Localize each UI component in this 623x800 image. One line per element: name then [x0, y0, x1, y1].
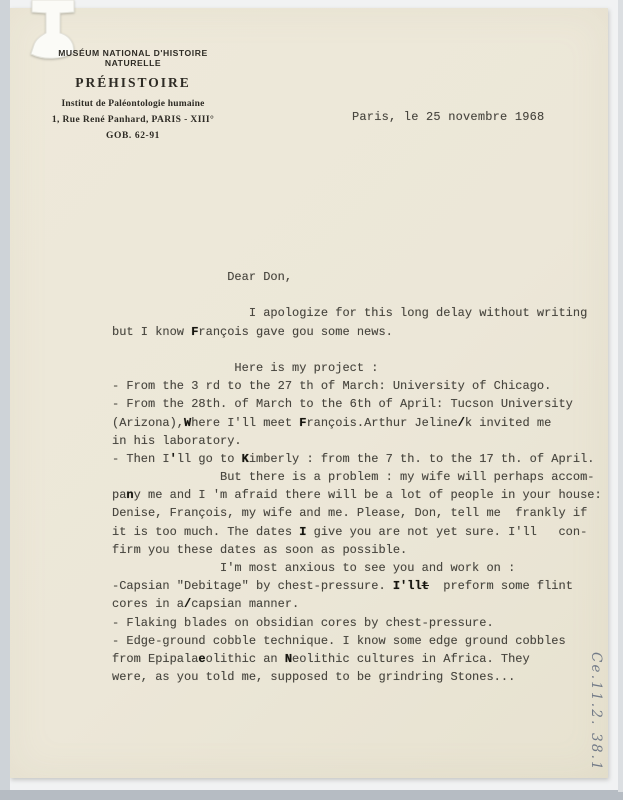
letter-line: firm you these dates as soon as possible… — [112, 541, 602, 559]
letterhead-institution: MUSÉUM NATIONAL D'HISTOIRE NATURELLE — [40, 48, 226, 68]
letter-line: in his laboratory. — [112, 432, 602, 450]
letterhead-department: PRÉHISTOIRE — [40, 75, 226, 91]
letter-line: - Then I'll go to Kimberly : from the 7 … — [112, 450, 602, 468]
letterhead-phone: GOB. 62-91 — [40, 131, 226, 141]
letterhead: MUSÉUM NATIONAL D'HISTOIRE NATURELLE PRÉ… — [40, 48, 226, 141]
letter-line: it is too much. The dates I give you are… — [112, 523, 602, 541]
scan-edge-left — [0, 0, 10, 800]
scan-edge-right — [618, 0, 623, 792]
letter-line: (Arizona),Where I'll meet François.Arthu… — [112, 414, 602, 432]
scanned-letter-view: MUSÉUM NATIONAL D'HISTOIRE NATURELLE PRÉ… — [0, 0, 623, 800]
letter-line: -Capsian "Debitage" by chest-pressure. I… — [112, 577, 602, 595]
letter-line: but I know François gave gou some news. — [112, 323, 602, 341]
letter-line: I'm most anxious to see you and work on … — [112, 559, 602, 577]
letter-line: - From the 28th. of March to the 6th of … — [112, 395, 602, 413]
letter-line: from Epipalaeolithic an Neolithic cultur… — [112, 650, 602, 668]
letter-line: But there is a problem : my wife will pe… — [112, 468, 602, 486]
letter-line: cores in a/capsian manner. — [112, 595, 602, 613]
letter-line: - From the 3 rd to the 27 th of March: U… — [112, 377, 602, 395]
date-line: Paris, le 25 novembre 1968 — [352, 110, 544, 124]
letter-line: - Edge-ground cobble technique. I know s… — [112, 632, 602, 650]
archival-annotation: Ce.11.2. 38.1 — [588, 652, 604, 772]
letter-line: Dear Don, — [112, 268, 602, 286]
letterhead-institute: Institut de Paléontologie humaine — [40, 99, 226, 109]
letter-line: Here is my project : — [112, 359, 602, 377]
letter-line: were, as you told me, supposed to be gri… — [112, 668, 602, 686]
letter-line: - Flaking blades on obsidian cores by ch… — [112, 614, 602, 632]
letter-line — [112, 341, 602, 359]
letter-line: I apologize for this long delay without … — [112, 304, 602, 322]
letterhead-address: 1, Rue René Panhard, PARIS - XIII° — [40, 115, 226, 125]
scan-edge-bottom — [0, 790, 623, 800]
letter-line — [112, 286, 602, 304]
letter-line: Denise, François, my wife and me. Please… — [112, 504, 602, 522]
letter-body: Dear Don, I apologize for this long dela… — [112, 268, 602, 686]
letter-line: pany me and I 'm afraid there will be a … — [112, 486, 602, 504]
